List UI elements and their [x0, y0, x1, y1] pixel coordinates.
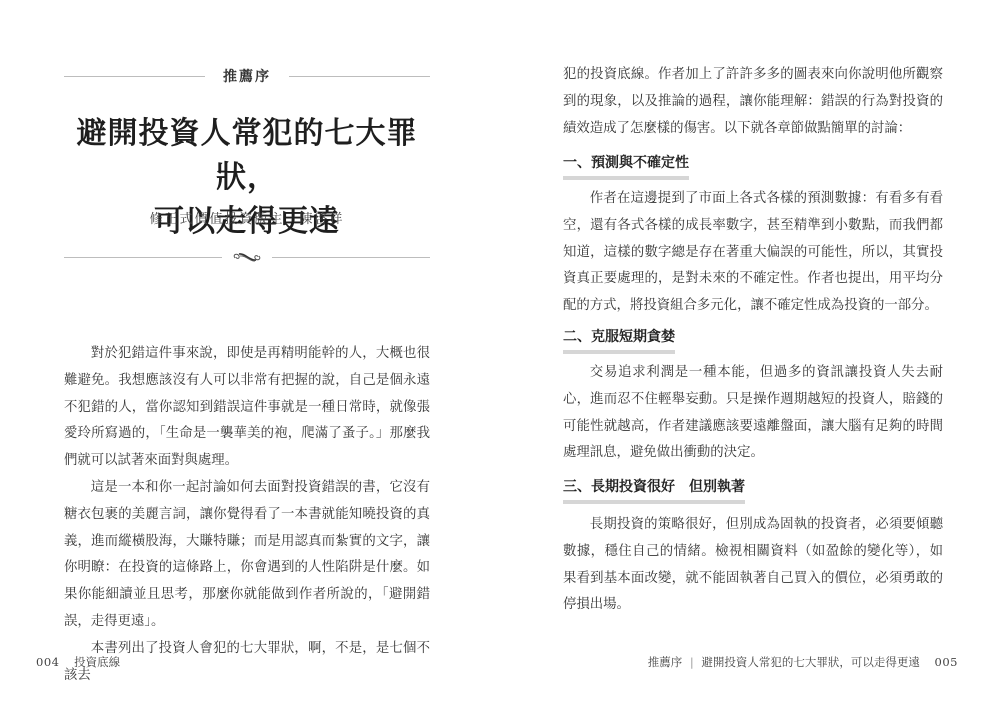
paragraph: 長期投資的策略很好，但別成為固執的投資者，必須要傾聽數據，穩住自己的情緒。檢視相…: [563, 512, 943, 619]
heading-underline: [563, 350, 675, 354]
running-title: 避開投資人常犯的七大罪狀，可以走得更遠: [701, 655, 920, 669]
left-body-text: 對於犯錯這件事來說，即使是再精明能幹的人，大概也很難避免。我想應該沒有人可以非常…: [64, 341, 430, 689]
section-2-body: 交易追求利潤是一種本能，但過多的資訊讓投資人失去耐心，進而忍不住輕舉妄動。只是操…: [563, 360, 943, 467]
rule-line: [289, 76, 430, 77]
right-page: 犯的投資底線。作者加上了許許多多的圖表來向你說明他所觀察到的現象，以及推論的過程…: [500, 0, 1000, 709]
section-heading-text: 一、預測與不確定性: [563, 155, 689, 171]
paragraph: 交易追求利潤是一種本能，但過多的資訊讓投資人失去耐心，進而忍不住輕舉妄動。只是操…: [563, 360, 943, 467]
intro-text: 犯的投資底線。作者加上了許許多多的圖表來向你說明他所觀察到的現象，以及推論的過程…: [563, 62, 943, 142]
running-section: 推薦序: [648, 655, 683, 669]
paragraph: 這是一本和你一起討論如何去面對投資錯誤的書，它沒有糖衣包裹的美麗言詞，讓你覺得看…: [64, 475, 430, 636]
section-3-body: 長期投資的策略很好，但別成為固執的投資者，必須要傾聽數據，穩住自己的情緒。檢視相…: [563, 512, 943, 619]
section-heading-2: 二、克服短期貪婪: [563, 326, 675, 349]
section-label-row: 推薦序: [64, 66, 430, 86]
paragraph: 作者在這邊提到了市面上各式各樣的預測數據：有看多有看空，還有各式各樣的成長率數字…: [563, 186, 943, 320]
rule-line: [272, 257, 430, 258]
section-1-body: 作者在這邊提到了市面上各式各樣的預測數據：有看多有看空，還有各式各樣的成長率數字…: [563, 186, 943, 320]
heading-underline: [563, 500, 745, 504]
left-page: 推薦序 避開投資人常犯的七大罪狀， 可以走得更遠 修正式價值投資版主 陳啓祥 對…: [0, 0, 500, 709]
section-heading-text: 二、克服短期貪婪: [563, 329, 675, 345]
section-heading-1: 一、預測與不確定性: [563, 152, 689, 175]
heading-underline: [563, 176, 689, 180]
rule-line: [64, 257, 222, 258]
section-label: 推薦序: [205, 66, 289, 86]
paragraph: 對於犯錯這件事來說，即使是再精明能幹的人，大概也很難避免。我想應該沒有人可以非常…: [64, 341, 430, 475]
section-heading-text: 三、長期投資很好 但別執著: [563, 479, 745, 495]
page-number: 005: [935, 655, 958, 669]
paragraph: 犯的投資底線。作者加上了許許多多的圖表來向你說明他所觀察到的現象，以及推論的過程…: [563, 62, 943, 142]
rule-line: [64, 76, 205, 77]
chapter-title-line-1: 避開投資人常犯的七大罪狀，: [64, 112, 430, 200]
right-folio: 推薦序 | 避開投資人常犯的七大罪狀，可以走得更遠 005: [648, 654, 958, 670]
left-folio: 004 投資底線: [36, 654, 120, 670]
flourish-ornament-icon: [228, 250, 266, 264]
ornament-divider: [64, 250, 430, 264]
page-number: 004: [36, 655, 59, 669]
running-title: 投資底線: [74, 655, 120, 669]
section-heading-3: 三、長期投資很好 但別執著: [563, 476, 745, 499]
folio-separator: |: [690, 655, 694, 669]
author-byline: 修正式價值投資版主 陳啓祥: [64, 208, 430, 227]
